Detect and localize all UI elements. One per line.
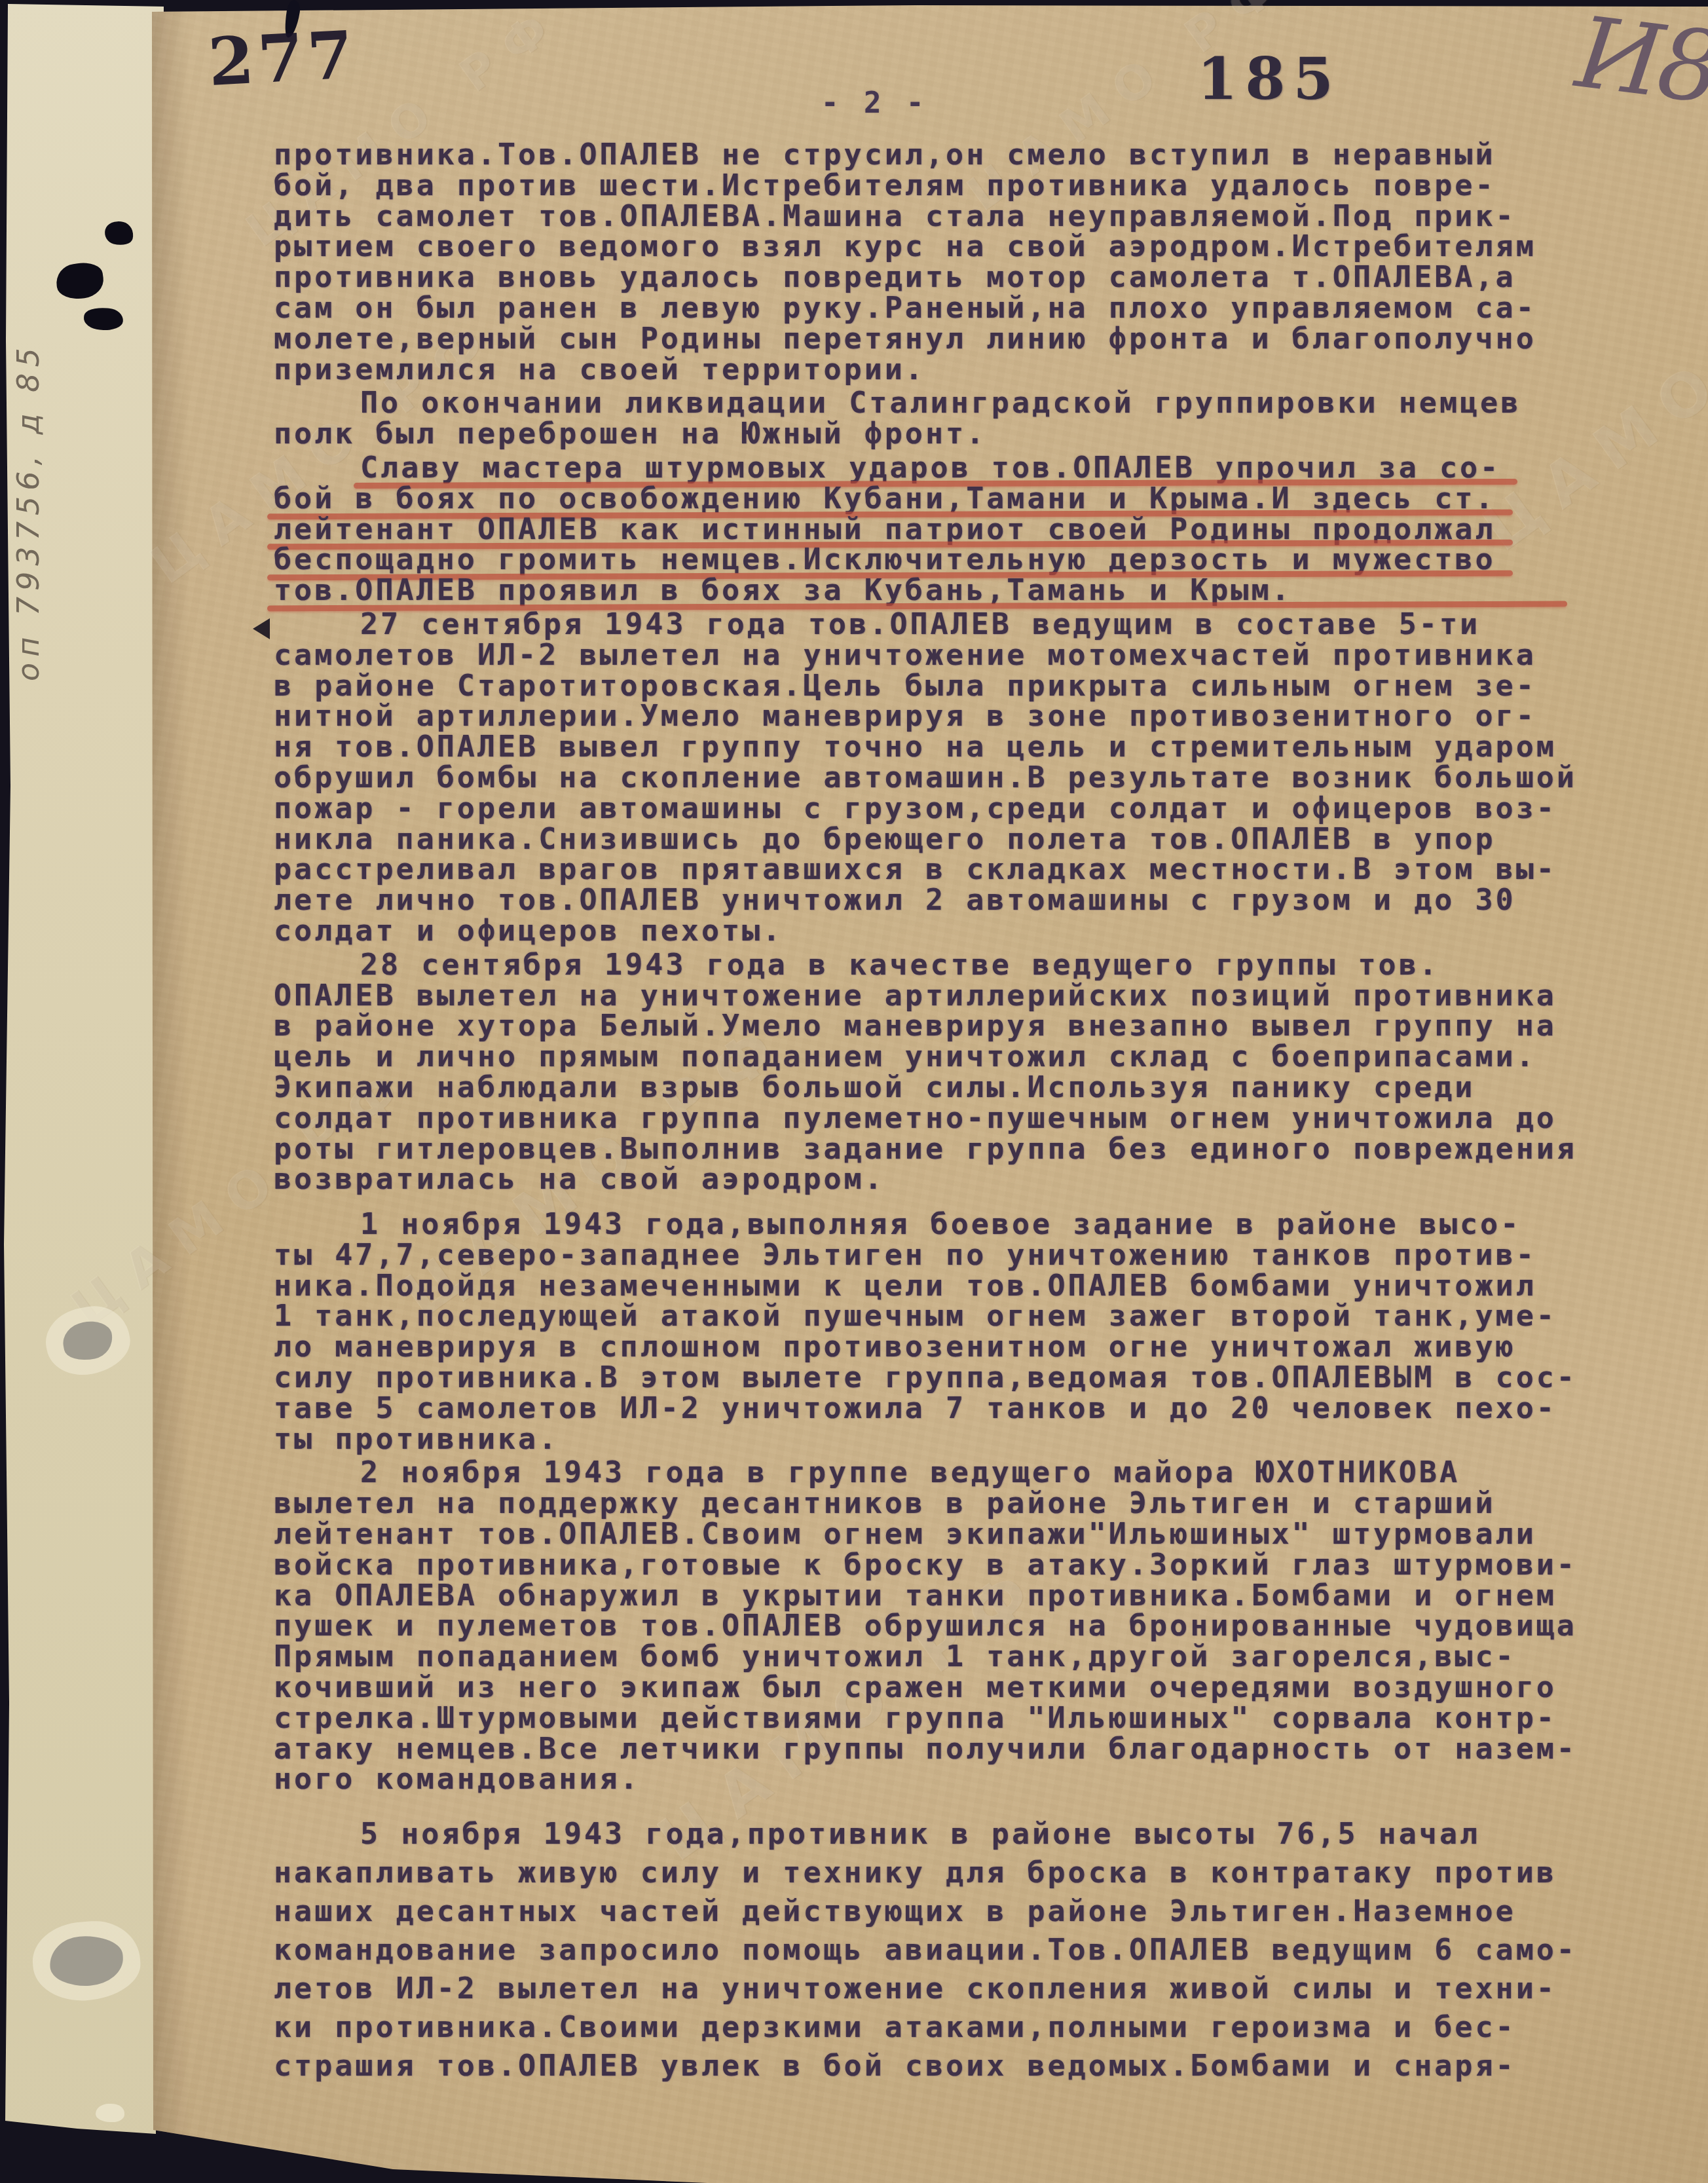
text-line-content: страшия тов.ОПАЛЕВ увлек в бой своих вед…: [274, 2046, 1516, 2085]
text-line: накапливать живую силу и технику для бро…: [274, 1853, 1649, 1892]
text-line: страшия тов.ОПАЛЕВ увлек в бой своих вед…: [274, 2046, 1649, 2085]
text-line-content: 5 ноября 1943 года,противник в районе вы…: [360, 1814, 1480, 1853]
text-line-content: таве 5 самолетов ИЛ-2 уничтожила 7 танко…: [274, 1393, 1557, 1424]
text-line: ло маневрируя в сплошном противозенитном…: [274, 1332, 1649, 1362]
text-line: ка ОПАЛЕВА обнаружил в укрытии танки про…: [274, 1580, 1649, 1611]
text-line: приземлился на своей территории.: [274, 354, 1649, 385]
text-line: солдат противника группа пулеметно-пушеч…: [274, 1103, 1649, 1134]
text-line-content: Экипажи наблюдали взрыв большой силы.Исп…: [274, 1072, 1475, 1103]
archive-scan-page: ЦАМО РФ ЦАМО РФ ЦАМО РФ ЦАМО РФ ЦАМО РФ …: [0, 0, 1708, 2183]
text-line: ты 47,7,северо-западнее Эльтиген по унич…: [274, 1240, 1649, 1271]
text-line-content: солдат и офицеров пехоты.: [274, 916, 783, 946]
margin-arrow-mark: [253, 618, 270, 639]
text-line-content: цель и лично прямым попаданием уничтожил…: [274, 1041, 1536, 1072]
text-line-content: беспощадно громить немцев.Исключительную…: [274, 544, 1496, 575]
paper-chip: [96, 2104, 124, 2122]
text-line: По окончании ликвидации Сталинградской г…: [274, 388, 1649, 419]
text-line-content: 1 ноября 1943 года,выполняя боевое задан…: [360, 1209, 1521, 1240]
text-line: лейтенант ОПАЛЕВ как истинный патриот св…: [274, 514, 1649, 545]
text-line-content: роты гитлеровцев.Выполнив задание группа…: [274, 1134, 1577, 1165]
text-line: молете,верный сын Родины перетянул линию…: [274, 324, 1649, 354]
text-line-content: рытием своего ведомого взял курс на свой…: [274, 231, 1536, 262]
text-line-content: обрушил бомбы на скопление автомашин.В р…: [274, 762, 1577, 793]
text-line-content: расстреливал врагов прятавшихся в складк…: [274, 854, 1557, 885]
text-line-content: нитной артиллерии.Умело маневрируя в зон…: [274, 701, 1536, 732]
text-line-content: лете лично тов.ОПАЛЕВ уничтожил 2 автома…: [274, 885, 1516, 916]
text-line: самолетов ИЛ-2 вылетел на уничтожение мо…: [274, 640, 1649, 671]
text-line: пушек и пулеметов тов.ОПАЛЕВ обрушился н…: [274, 1611, 1649, 1641]
text-line: дить самолет тов.ОПАЛЕВА.Машина стала не…: [274, 201, 1649, 232]
text-line: противника вновь удалось повредить мотор…: [274, 262, 1649, 293]
stamped-folio-number: 185: [1197, 45, 1341, 113]
text-line-content: 2 ноября 1943 года в группе ведущего май…: [360, 1457, 1460, 1488]
typed-page-number: - 2 -: [821, 86, 927, 120]
text-line: наших десантных частей действующих в рай…: [274, 1892, 1649, 1930]
punch-hole: [60, 1317, 116, 1364]
text-line: ника.Подойдя незамеченными к цели тов.ОП…: [274, 1271, 1649, 1301]
text-line: 28 сентября 1943 года в качестве ведущег…: [274, 950, 1649, 980]
punch-hole: [48, 1933, 124, 1988]
text-line: бой, два против шести.Истребителям проти…: [274, 170, 1649, 201]
text-line-content: По окончании ликвидации Сталинградской г…: [360, 388, 1521, 419]
text-line: тов.ОПАЛЕВ проявил в боях за Кубань,Тама…: [274, 575, 1649, 606]
paragraph: Славу мастера штурмовых ударов тов.ОПАЛЕ…: [274, 453, 1649, 606]
text-line: 27 сентября 1943 года тов.ОПАЛЕВ ведущим…: [274, 609, 1649, 640]
handwritten-pencil-mark: И8: [1570, 0, 1708, 126]
text-line-content: ты противника.: [274, 1424, 559, 1455]
text-line-content: кочивший из него экипаж был сражен метки…: [274, 1672, 1557, 1703]
archive-margin-note: оп 793756, д 85: [10, 196, 46, 681]
text-line-content: наших десантных частей действующих в рай…: [274, 1892, 1516, 1930]
text-line: нитной артиллерии.Умело маневрируя в зон…: [274, 701, 1649, 732]
text-line-content: сам он был ранен в левую руку.Раненый,на…: [274, 293, 1536, 324]
text-line: таве 5 самолетов ИЛ-2 уничтожила 7 танко…: [274, 1393, 1649, 1424]
text-line: Славу мастера штурмовых ударов тов.ОПАЛЕ…: [274, 453, 1649, 483]
paragraph: 2 ноября 1943 года в группе ведущего май…: [274, 1457, 1649, 1795]
text-line-content: атаку немцев.Все летчики группы получили…: [274, 1734, 1577, 1764]
text-line: 1 ноября 1943 года,выполняя боевое задан…: [274, 1209, 1649, 1240]
text-line: вылетел на поддержку десантников в район…: [274, 1488, 1649, 1519]
text-line-content: пожар - горели автомашины с грузом,среди…: [274, 793, 1557, 824]
text-line-content: в районе хутора Белый.Умело маневрируя в…: [274, 1011, 1557, 1041]
text-line-content: стрелка.Штурмовыми действиями группа "Ил…: [274, 1703, 1557, 1734]
text-line-content: ка ОПАЛЕВА обнаружил в укрытии танки про…: [274, 1580, 1557, 1611]
text-line: обрушил бомбы на скопление автомашин.В р…: [274, 762, 1649, 793]
text-line-content: пушек и пулеметов тов.ОПАЛЕВ обрушился н…: [274, 1611, 1577, 1641]
text-line: атаку немцев.Все летчики группы получили…: [274, 1734, 1649, 1764]
text-line-content: ло маневрируя в сплошном противозенитном…: [274, 1332, 1516, 1362]
text-line: летов ИЛ-2 вылетел на уничтожение скопле…: [274, 1969, 1649, 2007]
text-line: бой в боях по освобождению Кубани,Тамани…: [274, 483, 1649, 514]
text-line: в районе хутора Белый.Умело маневрируя в…: [274, 1011, 1649, 1041]
handwritten-sheet-number: 277: [206, 16, 359, 101]
text-line-content: в районе Старотиторовская.Цель была прик…: [274, 671, 1536, 701]
text-line: беспощадно громить немцев.Исключительную…: [274, 544, 1649, 575]
text-line-content: никла паника.Снизившись до бреющего поле…: [274, 824, 1496, 855]
text-line-content: войска противника,готовые к броску в ата…: [274, 1550, 1577, 1580]
text-line-content: лейтенант ОПАЛЕВ как истинный патриот св…: [274, 514, 1496, 545]
text-line: цель и лично прямым попаданием уничтожил…: [274, 1041, 1649, 1072]
text-line-content: ного командования.: [274, 1764, 640, 1795]
text-line: расстреливал врагов прятавшихся в складк…: [274, 854, 1649, 885]
text-line: ты противника.: [274, 1424, 1649, 1455]
text-line-content: самолетов ИЛ-2 вылетел на уничтожение мо…: [274, 640, 1536, 671]
text-line-content: силу противника.В этом вылете группа,вед…: [274, 1362, 1577, 1393]
text-line-content: возвратилась на свой аэродром.: [274, 1164, 885, 1195]
text-line: пожар - горели автомашины с грузом,среди…: [274, 793, 1649, 824]
text-line: противника.Тов.ОПАЛЕВ не струсил,он смел…: [274, 140, 1649, 170]
text-line: Прямым попаданием бомб уничтожил 1 танк,…: [274, 1641, 1649, 1672]
paragraph: противника.Тов.ОПАЛЕВ не струсил,он смел…: [274, 140, 1649, 384]
text-line-content: 28 сентября 1943 года в качестве ведущег…: [360, 950, 1439, 980]
text-line: сам он был ранен в левую руку.Раненый,на…: [274, 293, 1649, 324]
text-line-content: вылетел на поддержку десантников в район…: [274, 1488, 1496, 1519]
paragraph: По окончании ликвидации Сталинградской г…: [274, 388, 1649, 449]
text-line: полк был переброшен на Южный фронт.: [274, 419, 1649, 449]
text-line: роты гитлеровцев.Выполнив задание группа…: [274, 1134, 1649, 1165]
text-line-content: противника вновь удалось повредить мотор…: [274, 262, 1516, 293]
text-line-content: командование запросило помощь авиации.То…: [274, 1930, 1577, 1969]
text-line-content: летов ИЛ-2 вылетел на уничтожение скопле…: [274, 1969, 1557, 2007]
text-line-content: ОПАЛЕВ вылетел на уничтожение артиллерий…: [274, 980, 1557, 1011]
text-line-content: лейтенант тов.ОПАЛЕВ.Своим огнем экипажи…: [274, 1519, 1536, 1550]
text-line-content: полк был переброшен на Южный фронт.: [274, 419, 986, 449]
text-line: Экипажи наблюдали взрыв большой силы.Исп…: [274, 1072, 1649, 1103]
text-line-content: ки противника.Своими дерзкими атаками,по…: [274, 2007, 1516, 2046]
text-line: никла паника.Снизившись до бреющего поле…: [274, 824, 1649, 855]
text-line-content: ты 47,7,северо-западнее Эльтиген по унич…: [274, 1240, 1536, 1271]
text-line-content: Славу мастера штурмовых ударов тов.ОПАЛЕ…: [360, 453, 1500, 483]
paragraph: 28 сентября 1943 года в качестве ведущег…: [274, 950, 1649, 1195]
text-line: солдат и офицеров пехоты.: [274, 916, 1649, 946]
text-line-content: ника.Подойдя незамеченными к цели тов.ОП…: [274, 1271, 1536, 1301]
text-line-content: тов.ОПАЛЕВ проявил в боях за Кубань,Тама…: [274, 575, 1292, 606]
text-line: возвратилась на свой аэродром.: [274, 1164, 1649, 1195]
text-line-content: противника.Тов.ОПАЛЕВ не струсил,он смел…: [274, 140, 1496, 170]
text-line-content: солдат противника группа пулеметно-пушеч…: [274, 1103, 1557, 1134]
text-line-content: дить самолет тов.ОПАЛЕВА.Машина стала не…: [274, 201, 1516, 232]
text-line: кочивший из него экипаж был сражен метки…: [274, 1672, 1649, 1703]
typed-body: противника.Тов.ОПАЛЕВ не струсил,он смел…: [274, 136, 1649, 2085]
text-line-content: бой, два против шести.Истребителям проти…: [274, 170, 1496, 201]
text-line-content: Прямым попаданием бомб уничтожил 1 танк,…: [274, 1641, 1516, 1672]
text-line-content: молете,верный сын Родины перетянул линию…: [274, 324, 1536, 354]
text-line: 2 ноября 1943 года в группе ведущего май…: [274, 1457, 1649, 1488]
paragraph: 1 ноября 1943 года,выполняя боевое задан…: [274, 1209, 1649, 1454]
text-line: ОПАЛЕВ вылетел на уничтожение артиллерий…: [274, 980, 1649, 1011]
text-line-content: ня тов.ОПАЛЕВ вывел группу точно на цель…: [274, 732, 1557, 762]
text-line: в районе Старотиторовская.Цель была прик…: [274, 671, 1649, 701]
text-line-content: бой в боях по освобождению Кубани,Тамани…: [274, 483, 1496, 514]
text-line: лете лично тов.ОПАЛЕВ уничтожил 2 автома…: [274, 885, 1649, 916]
text-line: 5 ноября 1943 года,противник в районе вы…: [274, 1814, 1649, 1853]
paragraph: 27 сентября 1943 года тов.ОПАЛЕВ ведущим…: [274, 609, 1649, 946]
text-line: войска противника,готовые к броску в ата…: [274, 1550, 1649, 1580]
text-line: ки противника.Своими дерзкими атаками,по…: [274, 2007, 1649, 2046]
text-line: 1 танк,последующей атакой пушечным огнем…: [274, 1301, 1649, 1332]
text-line-content: приземлился на своей территории.: [274, 354, 925, 385]
text-line: стрелка.Штурмовыми действиями группа "Ил…: [274, 1703, 1649, 1734]
text-line: ного командования.: [274, 1764, 1649, 1795]
text-line-content: накапливать живую силу и технику для бро…: [274, 1853, 1557, 1892]
text-line: командование запросило помощь авиации.То…: [274, 1930, 1649, 1969]
text-line: лейтенант тов.ОПАЛЕВ.Своим огнем экипажи…: [274, 1519, 1649, 1550]
text-line-content: 1 танк,последующей атакой пушечным огнем…: [274, 1301, 1557, 1332]
text-line-content: 27 сентября 1943 года тов.ОПАЛЕВ ведущим…: [360, 609, 1480, 640]
text-line: ня тов.ОПАЛЕВ вывел группу точно на цель…: [274, 732, 1649, 762]
text-line: рытием своего ведомого взял курс на свой…: [274, 231, 1649, 262]
text-line: силу противника.В этом вылете группа,вед…: [274, 1362, 1649, 1393]
paragraph: 5 ноября 1943 года,противник в районе вы…: [274, 1814, 1649, 2085]
